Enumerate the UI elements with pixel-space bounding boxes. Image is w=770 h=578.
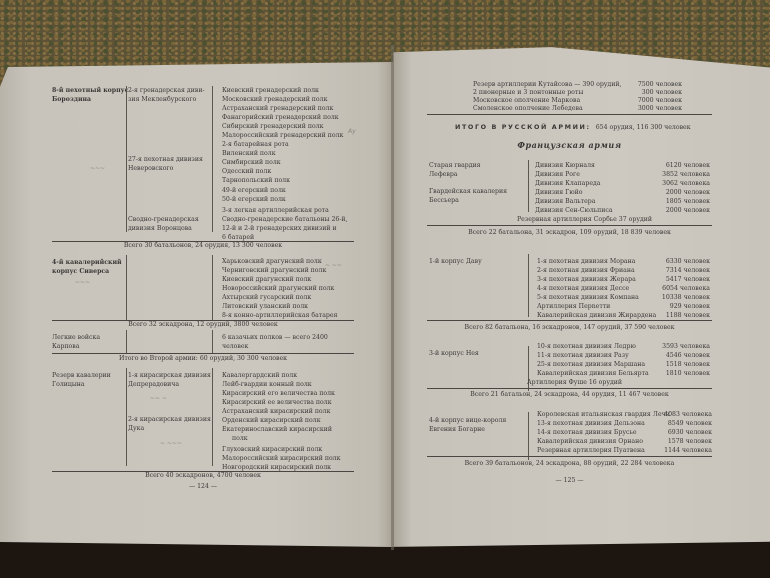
division: Дивизия Вальтера	[535, 197, 595, 206]
division-name: 1-я кирасирская дивизия	[128, 371, 211, 380]
block-total: Всего 82 батальона, 16 эскадронов, 147 о…	[427, 323, 712, 332]
division-commander: Дука	[128, 424, 144, 433]
division-commander: дивизия Воронцова	[128, 224, 192, 233]
strength: 4083 человека	[632, 410, 712, 419]
unit: 3-я легкая артиллерийская рота	[222, 206, 329, 215]
strength: 3852 человека	[630, 170, 710, 179]
corps-commander: Бессьера	[429, 196, 459, 205]
block-total: Всего 22 батальона, 31 эскадрон, 109 ору…	[427, 228, 712, 237]
unit: 49-й егерский полк	[222, 186, 286, 195]
column-divider	[528, 254, 529, 317]
division: 3-я пехотная дивизия Жерара	[537, 275, 636, 284]
unit: Киевский драгунский полк	[222, 275, 311, 284]
unit: Орденский кирасирский полк	[222, 416, 321, 425]
corps-name: 3-й корпус Нея	[429, 349, 479, 358]
strength: 1805 человек	[630, 197, 710, 206]
corps-name: 1-й корпус Даву	[429, 257, 482, 266]
unit: полк	[232, 434, 248, 443]
column-divider	[212, 86, 213, 232]
corps-commander: Бороздина	[52, 95, 91, 104]
corps-commander: Голицына	[52, 380, 85, 389]
strength: 6330 человек	[630, 257, 710, 266]
unit: Сводно-гренадерские батальоны 26-й,	[222, 215, 348, 224]
strength: 3593 человека	[630, 342, 710, 351]
strength: 929 человек	[630, 302, 710, 311]
unit: Малороссийский кирасирский полк	[222, 454, 340, 463]
division: 11-я пехотная дивизия Разу	[537, 351, 629, 360]
strength: 1144 человека	[632, 446, 712, 455]
unit: 8-я конно-артиллерийская батарея	[222, 311, 337, 320]
reserve-value: 3000 человек	[600, 104, 682, 113]
unit: Московский гренадерский полк	[222, 95, 327, 104]
strength: 5417 человек	[630, 275, 710, 284]
strength: 1188 человек	[630, 311, 710, 320]
block-total: Всего 40 эскадронов, 4700 человек	[52, 471, 354, 480]
unit: Одесский полк	[222, 167, 271, 176]
rule	[427, 388, 712, 389]
unit: Ахтырский гусарский полк	[222, 293, 311, 302]
column-divider	[528, 160, 529, 212]
page-number: — 124 —	[52, 482, 354, 491]
corps-commander: Карпова	[52, 342, 79, 351]
division: 10-я пехотная дивизия Ледрю	[537, 342, 636, 351]
unit: Черниговский драгунский полк	[222, 266, 326, 275]
unit: 50-й егерский полк	[222, 195, 286, 204]
unit: Тарнопольский полк	[222, 176, 290, 185]
column-divider	[528, 412, 529, 460]
corps-name: 4-й корпус вице-короля	[429, 416, 506, 425]
division: 2-я пехотная дивизия Фриана	[537, 266, 635, 275]
column-divider	[212, 368, 213, 466]
division: Дивизия Роге	[535, 170, 580, 179]
column-divider	[126, 255, 127, 321]
pencil-annotation: ~~~	[90, 165, 105, 172]
reserve-label: Смоленское ополчение Лебедева	[473, 104, 583, 113]
unit: Виленский полк	[222, 149, 276, 158]
unit: Лейб-гвардии конный полк	[222, 380, 312, 389]
division: Дивизия Сен-Сюльписа	[535, 206, 613, 215]
corps-commander: корпус Сиверса	[52, 267, 109, 276]
unit: человек	[222, 342, 248, 351]
pencil-annotation: ~ ~~	[325, 262, 342, 269]
block-total: Всего 21 батальон, 24 эскадрона, 44 оруд…	[427, 390, 712, 399]
section-title: Французская армия	[427, 141, 712, 150]
strength: 10338 человек	[630, 293, 710, 302]
strength: 1518 человек	[630, 360, 710, 369]
strength: 6120 человек	[630, 161, 710, 170]
strength: 7314 человек	[630, 266, 710, 275]
unit: Харьковский драгунский полк	[222, 257, 322, 266]
artillery: Артиллерия Фуше 16 орудий	[527, 378, 622, 387]
division: Дивизия Кюрналя	[535, 161, 595, 170]
corps-name: 4-й кавалерийский	[52, 258, 122, 267]
total-caps: ИТОГО В РУССКОЙ АРМИИ:	[455, 123, 591, 131]
unit: Симбирский полк	[222, 158, 281, 167]
division: Кавалерийская дивизия Орнано	[537, 437, 643, 446]
pencil-annotation: ~~ ~	[150, 395, 167, 402]
strength: 1810 человек	[630, 369, 710, 378]
total-value: 654 орудия, 116 300 человек	[596, 124, 691, 131]
strength: 3062 человека	[630, 179, 710, 188]
column-divider	[126, 330, 127, 354]
corps-name: Резерв кавалерии	[52, 371, 111, 380]
unit: Фанагорийский гренадерский полк	[222, 113, 339, 122]
division-name: 27-я пехотная дивизия	[128, 155, 203, 164]
division-commander: Неверовского	[128, 164, 173, 173]
pencil-annotation: ~ ~~~	[160, 440, 182, 447]
block-total: Всего 32 эскадрона, 12 орудий, 3800 чело…	[52, 320, 354, 329]
unit: Кавалергардский полк	[222, 371, 297, 380]
block-total: Всего 30 батальонов, 24 орудия, 13 300 ч…	[52, 241, 354, 250]
unit: 12-й и 2-й гренадерских дивизий и	[222, 224, 337, 233]
army-total: Итого во Второй армии: 60 орудий, 30 300…	[52, 354, 354, 363]
unit: Астраханский гренадерский полк	[222, 104, 333, 113]
rule	[427, 225, 712, 226]
unit: Астраханский кирасирский полк	[222, 407, 330, 416]
column-divider	[212, 330, 213, 354]
strength: 4546 человек	[630, 351, 710, 360]
unit: Кирасирский его величества полк	[222, 389, 335, 398]
strength: 2000 человек	[630, 206, 710, 215]
division-name: 2-я кирасирская дивизия	[128, 415, 211, 424]
unit: Кирасирский ее величества полк	[222, 398, 332, 407]
corps-name: Старая гвардия	[429, 161, 481, 170]
corps-commander: Лефевра	[429, 170, 457, 179]
corps-name: 8-й пехотный корпус	[52, 86, 128, 95]
division: 5-я пехотная дивизия Компана	[537, 293, 639, 302]
unit: Новороссийский драгунский полк	[222, 284, 334, 293]
pencil-annotation: ~~~	[75, 279, 90, 286]
division-commander: Депрерадовича	[128, 380, 179, 389]
column-divider	[126, 86, 127, 232]
division-name: Сводно-гренадерская	[128, 215, 199, 224]
rule	[427, 320, 712, 321]
division: 14-я пехотная дивизия Брусье	[537, 428, 637, 437]
book-gutter	[391, 45, 394, 550]
division-name: 2-я гренадерская диви-	[128, 86, 205, 95]
unit: Малороссийский гренадерский полк	[222, 131, 343, 140]
division: 4-я пехотная дивизия Дессе	[537, 284, 629, 293]
column-divider	[212, 255, 213, 321]
division: Резервная артиллерия Пуатвена	[537, 446, 645, 455]
division: Дивизия Клапареда	[535, 179, 600, 188]
strength: 6930 человек	[632, 428, 712, 437]
unit: Литовский уланский полк	[222, 302, 308, 311]
unit: 2-я батарейная рота	[222, 140, 289, 149]
block-total: Всего 39 батальонов, 24 эскадрона, 88 ор…	[427, 459, 712, 468]
division: Артиллерия Перnетти	[537, 302, 610, 311]
column-divider	[126, 368, 127, 466]
strength: 2000 человек	[630, 188, 710, 197]
unit: Глуховский кирасирский полк	[222, 445, 322, 454]
division: 1-я пехотная дивизия Морана	[537, 257, 635, 266]
corps-commander: Евгения Богарне	[429, 425, 485, 434]
division: 25-я пехотная дивизия Маршана	[537, 360, 645, 369]
division: 13-я пехотная дивизия Дельзона	[537, 419, 645, 428]
pencil-annotation: Ay	[348, 128, 356, 135]
division-commander: зия Мекленбурского	[128, 95, 196, 104]
unit: Сибирский гренадерский полк	[222, 122, 324, 131]
strength: 1578 человек	[632, 437, 712, 446]
page-number: — 125 —	[427, 476, 712, 485]
unit: Екатеринославский кирасирский	[222, 425, 332, 434]
strength: 6054 человека	[630, 284, 710, 293]
rule	[427, 456, 712, 457]
unit: Киевский гренадерский полк	[222, 86, 319, 95]
artillery: Резервная артиллерия Сорбье 37 орудий	[517, 215, 652, 224]
unit: 6 казачьих полков — всего 2400	[222, 333, 328, 342]
strength: 8549 человек	[632, 419, 712, 428]
division: Дивизия Гюйо	[535, 188, 582, 197]
russian-army-total: ИТОГО В РУССКОЙ АРМИИ: 654 орудия, 116 3…	[455, 114, 691, 133]
corps-name: Легкие войска	[52, 333, 100, 342]
corps-name: Гвардейская кавалерия	[429, 187, 507, 196]
